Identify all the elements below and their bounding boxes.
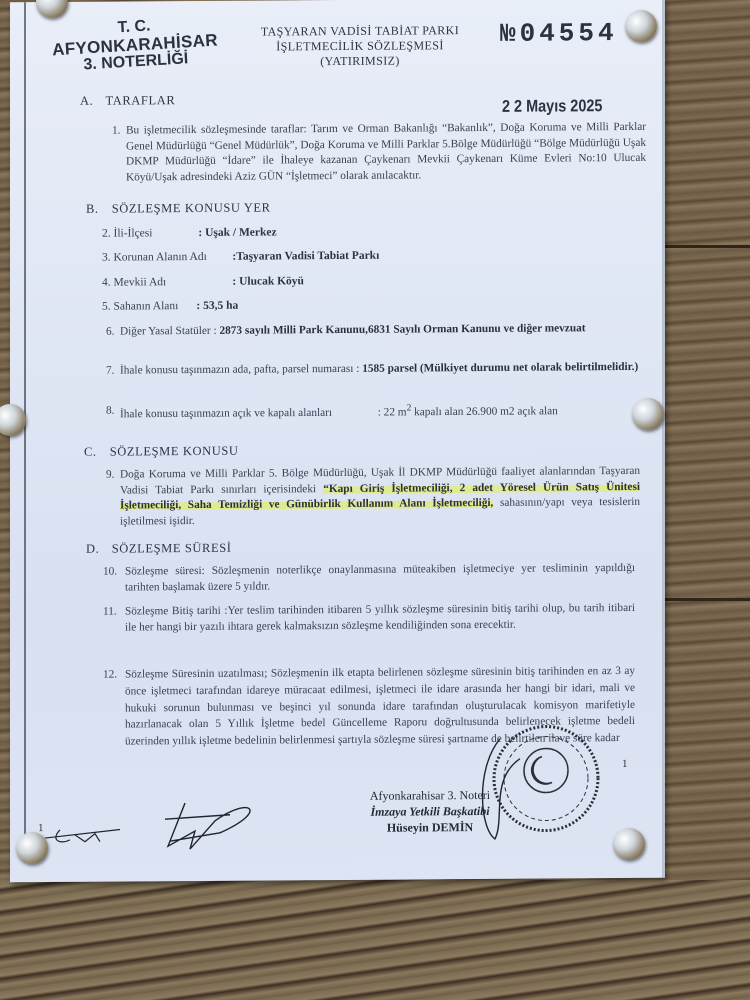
field-value-post: kapalı alan 26.900 m2 açık alan	[411, 405, 558, 418]
clause-text: Sözleşme Bitiş tarihi :Yer teslim tarihi…	[125, 602, 635, 633]
clause-number: 6.	[106, 325, 114, 341]
clause-number: 12.	[103, 667, 117, 684]
clause-number: 9.	[106, 468, 114, 484]
field-label: Diğer Yasal Statüler :	[120, 325, 217, 338]
section-letter: C.	[84, 445, 106, 460]
clause-number: 11.	[103, 605, 117, 621]
clause-number: 8.	[106, 404, 114, 420]
clause-text: Bu işletmecilik sözleşmesinde taraflar: …	[126, 121, 646, 183]
clause-7: 7. İhale konusu taşınmazın ada, pafta, p…	[120, 360, 640, 379]
field-value-pre: : 22 m	[378, 406, 407, 418]
clause-6: 6. Diğer Yasal Statüler : 2873 sayılı Mi…	[120, 321, 640, 340]
section-b-heading: B. SÖZLEŞME KONUSU YER	[86, 200, 271, 216]
document-title: TAŞYARAN VADİSİ TABİAT PARKI İŞLETMECİLİ…	[235, 23, 485, 70]
pushpin	[16, 832, 48, 864]
field-value: :Taşyaran Vadisi Tabiat Parkı	[232, 250, 379, 263]
contract-sheet: T. C. AFYONKARAHİSAR 3. NOTERLİĞİ TAŞYAR…	[10, 0, 665, 882]
clause-number: 10.	[103, 565, 117, 581]
clause-10: 10. Sözleşme süresi: Sözleşmenin noterli…	[125, 561, 635, 596]
section-a-heading: A. TARAFLAR	[80, 93, 175, 109]
section-title: TARAFLAR	[106, 93, 176, 107]
section-c-heading: C. SÖZLEŞME KONUSU	[84, 444, 239, 460]
wooden-board-background	[0, 880, 750, 1000]
section-letter: A.	[80, 94, 102, 109]
field-label: İli-İlçesi	[114, 227, 196, 240]
clause-4: 4. Mevkii Adı : Ulucak Köyü	[102, 275, 304, 288]
sheet-edge-line	[24, 2, 26, 862]
notary-office: Afyonkarahisar 3. Noteri	[350, 787, 510, 804]
field-value: : Ulucak Köyü	[232, 275, 304, 287]
notary-stamp: T. C. AFYONKARAHİSAR 3. NOTERLİĞİ	[39, 14, 231, 77]
section-title: SÖZLEŞME SÜRESİ	[112, 541, 232, 556]
document-number: №04554	[500, 18, 618, 49]
clause-number: 1.	[112, 124, 120, 140]
pushpin	[613, 828, 645, 860]
clause-text: Sözleşme süresi: Sözleşmenin noterlikçe …	[125, 562, 635, 593]
clause-number: 4.	[102, 277, 111, 289]
field-label: Sahanın Alanı	[114, 300, 194, 313]
clause-8: 8. İhale konusu taşınmazın açık ve kapal…	[120, 400, 640, 423]
clause-number: 2.	[102, 228, 111, 240]
clause-3: 3. Korunan Alanın Adı :Taşyaran Vadisi T…	[102, 250, 379, 264]
clause-1: 1. Bu işletmecilik sözleşmesinde tarafla…	[126, 120, 646, 186]
section-letter: B.	[86, 202, 108, 217]
field-label: Mevkii Adı	[114, 276, 230, 289]
title-line-3: (YATIRIMSIZ)	[235, 53, 485, 70]
field-label: İhale konusu taşınmazın ada, pafta, pars…	[120, 363, 359, 377]
date-stamp: 2 2 Mayıs 2025	[502, 96, 602, 117]
clause-11: 11. Sözleşme Bitiş tarihi :Yer teslim ta…	[125, 601, 635, 636]
field-value: 1585 parsel (Mülkiyet durumu net olarak …	[362, 361, 638, 375]
field-value: : Uşak / Merkez	[198, 226, 276, 239]
pushpin	[632, 398, 664, 430]
notary-title: İmzaya Yetkili Başkatibi	[350, 803, 510, 820]
clause-number: 3.	[102, 252, 111, 264]
clause-2: 2. İli-İlçesi : Uşak / Merkez	[102, 226, 277, 239]
title-line-1: TAŞYARAN VADİSİ TABİAT PARKI	[235, 23, 485, 40]
field-label: İhale konusu taşınmazın açık ve kapalı a…	[120, 407, 332, 420]
plank-seam	[660, 245, 750, 248]
notary-name: Hüseyin DEMİN	[350, 819, 510, 836]
section-title: SÖZLEŞME KONUSU YER	[112, 200, 271, 215]
section-letter: D.	[86, 542, 108, 557]
clause-number: 5.	[102, 301, 111, 313]
page-number: 1	[622, 758, 628, 770]
pushpin	[625, 10, 657, 42]
clause-5: 5. Sahanın Alanı : 53,5 ha	[102, 300, 238, 313]
field-value: : 53,5 ha	[196, 300, 238, 312]
section-d-heading: D. SÖZLEŞME SÜRESİ	[86, 541, 232, 557]
clause-number: 7.	[106, 364, 114, 380]
clause-9: 9. Doğa Koruma ve Milli Parklar 5. Bölge…	[120, 464, 640, 530]
party-signature-icon	[160, 800, 270, 851]
margin-mark: 1	[38, 822, 44, 834]
field-value: 2873 sayılı Milli Park Kanunu,6831 Sayıl…	[219, 322, 585, 337]
title-line-2: İŞLETMECİLİK SÖZLEŞMESİ	[235, 38, 485, 55]
field-label: Korunan Alanın Adı	[114, 251, 230, 264]
initials-signature-icon	[40, 819, 130, 850]
plank-seam	[660, 598, 750, 601]
notary-signature-block: Afyonkarahisar 3. Noteri İmzaya Yetkili …	[350, 787, 510, 836]
section-title: SÖZLEŞME KONUSU	[110, 444, 239, 459]
